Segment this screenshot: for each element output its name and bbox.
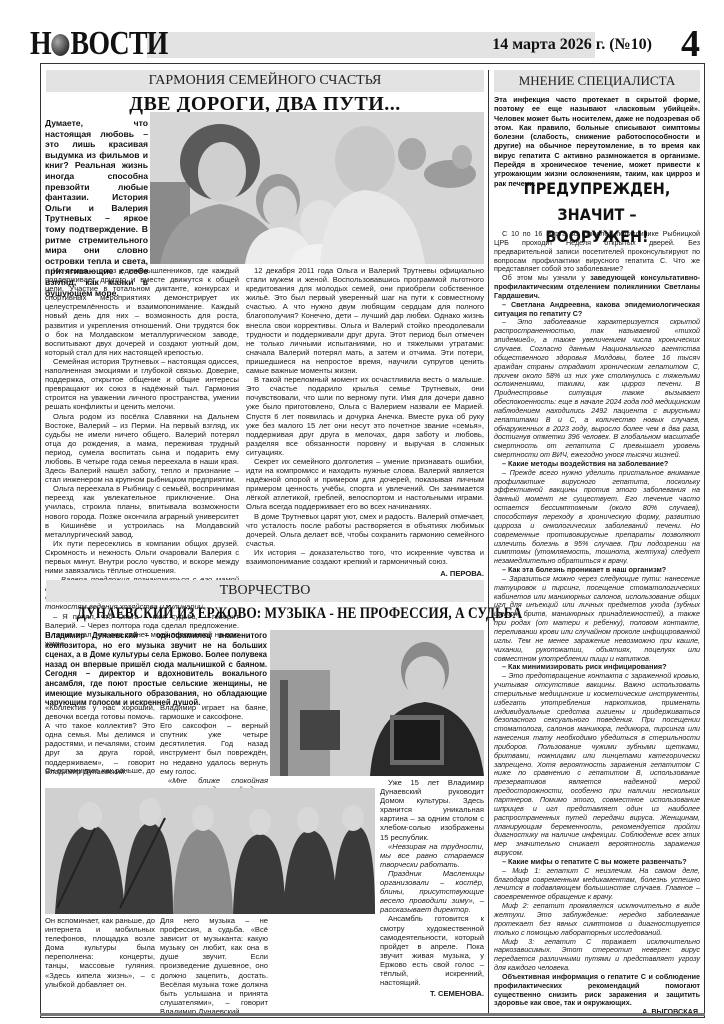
- accordion-photo-image: [270, 630, 484, 776]
- family-photo: [150, 112, 484, 264]
- conclusion: Объективная информация о гепатите С и со…: [494, 973, 700, 1008]
- paragraph: Владимир играет на баяне, гармошке и сак…: [160, 703, 268, 721]
- issue-date: 14 марта 2026 г. (№10): [492, 36, 652, 54]
- quote-paragraph: Праздник Масленицы организовали – костёр…: [380, 869, 484, 914]
- paragraph: Ольга родом из посёлка Славянки на Дальн…: [45, 412, 239, 485]
- answer: – Заразиться можно через следующие пути:…: [494, 575, 700, 663]
- music-col2-bottom: Для него музыка – не профессия, а судьба…: [160, 916, 268, 1016]
- answer: – Прежде всего нужно уделить пристальное…: [494, 469, 700, 566]
- paragraph: Его саксофон – верный спутник уже четыре…: [160, 721, 268, 776]
- paragraph: Он вспоминает, как раньше, до интернета …: [45, 916, 155, 989]
- family-photo-image: [150, 112, 484, 264]
- answer: Миф 3: гепатит С поражает исключительно …: [494, 938, 700, 973]
- paragraph: Их пути пересеклись в компании общих дру…: [45, 539, 239, 575]
- answer: Миф 2: гепатит проявляется исключительно…: [494, 902, 700, 937]
- answer: – Это предотвращение контакта с зараженн…: [494, 672, 700, 858]
- health-body: С 10 по 16 марта во взрослой поликлинике…: [494, 230, 700, 1017]
- lead-health: Эта инфекция часто протекает в скрытой ф…: [494, 95, 700, 188]
- music-col1-p2: Он вспоминает, как раньше, до интернета …: [45, 766, 155, 776]
- paragraph: 12 декабря 2011 года Ольга и Валерий Тру…: [246, 266, 484, 375]
- paragraph: Ансамбль готовится к смотру художественн…: [380, 914, 484, 987]
- lead-music: Владимир Дунаевский – однофамилец знамен…: [45, 631, 267, 708]
- bottom-rule: [40, 1013, 705, 1016]
- page-number: 4: [681, 26, 700, 62]
- paragraph: Их история – доказательство того, что ис…: [246, 548, 484, 566]
- family-column-2: 12 декабря 2011 года Ольга и Валерий Тру…: [246, 266, 484, 578]
- quote-paragraph: «Невзирая на трудности, мы все равно ста…: [380, 842, 484, 869]
- paragraph: Секрет их семейного долголетия – умение …: [246, 457, 484, 512]
- music-col1-bottom: Он вспоминает, как раньше, до интернета …: [45, 916, 155, 989]
- paragraph: В доме Трутневых царят уют, смех и радос…: [246, 512, 484, 548]
- paragraph: В такой переломный момент их осчастливил…: [246, 375, 484, 457]
- accordion-photo: [270, 630, 484, 776]
- paragraph: С 10 по 16 марта во взрослой поликлинике…: [494, 230, 700, 274]
- paragraph: Ольга переехала в Рыбницу с семьёй, восп…: [45, 484, 239, 539]
- headline-music: ДУНАЕВСКИЙ ИЗ ЕРЖОВО: МУЗЫКА - НЕ ПРОФЕС…: [77, 603, 454, 625]
- author-signature: Т. СЕМЕНОВА.: [380, 989, 484, 998]
- music-quote-1: «Коллектив у нас хороший, девочки всегда…: [45, 703, 155, 776]
- rubric-music: ТВОРЧЕСТВО: [46, 580, 484, 602]
- question: – Светлана Андреевна, какова эпидемиолог…: [494, 301, 700, 319]
- paragraph: Их семья – союз единомышленников, где ка…: [45, 266, 239, 357]
- paragraph: Семейная история Трутневых – настоящая о…: [45, 357, 239, 412]
- headline-health-1: ПРЕДУПРЕЖДЕН,: [504, 178, 689, 200]
- music-column-3: Уже 15 лет Владимир Дунаевский руководит…: [380, 778, 484, 998]
- answer: – Это заболевание характеризуется скрыто…: [494, 318, 700, 460]
- column-divider: [488, 70, 489, 1015]
- answer: – Миф 1: гепатит С неизлечим. На самом д…: [494, 867, 700, 902]
- ensemble-photo: [45, 788, 375, 914]
- rubric-health: МНЕНИЕ СПЕЦИАЛИСТА: [494, 70, 700, 92]
- author-signature: А. ПЕРОВА.: [246, 569, 484, 578]
- paragraph: Уже 15 лет Владимир Дунаевский руководит…: [380, 778, 484, 842]
- newspaper-logo: НВОСТИ: [30, 28, 167, 60]
- rubric-family: ГАРМОНИЯ СЕМЕЙНОГО СЧАСТЬЯ: [46, 70, 484, 92]
- ensemble-photo-image: [45, 788, 375, 914]
- masthead: НВОСТИ 14 марта 2026 г. (№10) 4: [30, 28, 700, 60]
- text: Об этом мы узнали у: [502, 273, 590, 282]
- paragraph: Об этом мы узнали у заведующей консульта…: [494, 274, 700, 301]
- globe-icon: [52, 34, 70, 56]
